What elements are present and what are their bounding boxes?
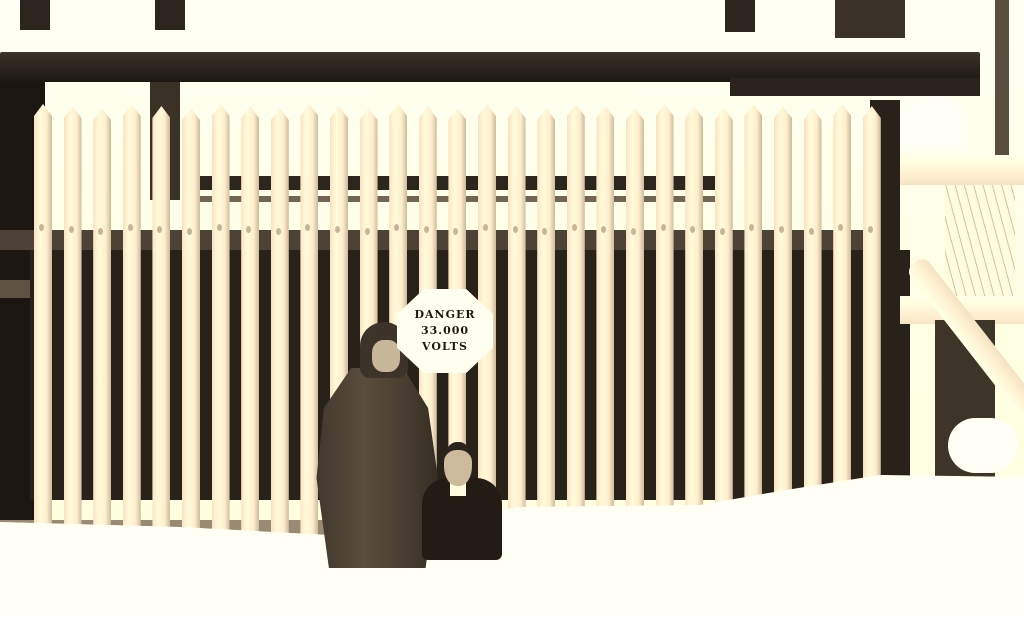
picket <box>212 104 230 544</box>
picket <box>833 104 851 544</box>
danger-sign: DANGER 33.000 VOLTS <box>397 289 493 373</box>
picket <box>596 106 614 546</box>
sign-line-danger: DANGER <box>414 309 475 321</box>
sign-line-volts: VOLTS <box>422 341 468 353</box>
picket <box>656 104 674 544</box>
bare-trees <box>945 185 1015 300</box>
picket <box>123 104 141 544</box>
picket <box>774 106 792 546</box>
boy <box>422 442 502 560</box>
boy-head <box>444 442 472 486</box>
snow-mound <box>948 418 1018 473</box>
picket <box>537 108 555 548</box>
picket <box>34 104 52 544</box>
picket <box>685 106 703 546</box>
picket <box>152 106 170 546</box>
picket <box>64 106 82 546</box>
photograph: DANGER 33.000 VOLTS <box>0 0 1024 617</box>
picket <box>508 106 526 546</box>
top-post <box>835 0 905 38</box>
picket <box>93 108 111 548</box>
picket <box>567 104 585 544</box>
picket <box>626 108 644 548</box>
man-coat <box>314 368 438 568</box>
top-post <box>155 0 185 30</box>
picket <box>241 106 259 546</box>
sign-line-voltage: 33.000 <box>421 325 469 337</box>
snowy-plank <box>890 155 1024 185</box>
picket <box>715 108 733 548</box>
picket <box>271 108 289 548</box>
picket <box>182 108 200 548</box>
man-face <box>372 340 400 372</box>
top-post <box>725 0 755 32</box>
overhead-beam-right <box>730 78 980 96</box>
snow-mound <box>898 96 968 151</box>
picket <box>744 104 762 544</box>
picket <box>804 108 822 548</box>
top-post <box>20 0 50 30</box>
